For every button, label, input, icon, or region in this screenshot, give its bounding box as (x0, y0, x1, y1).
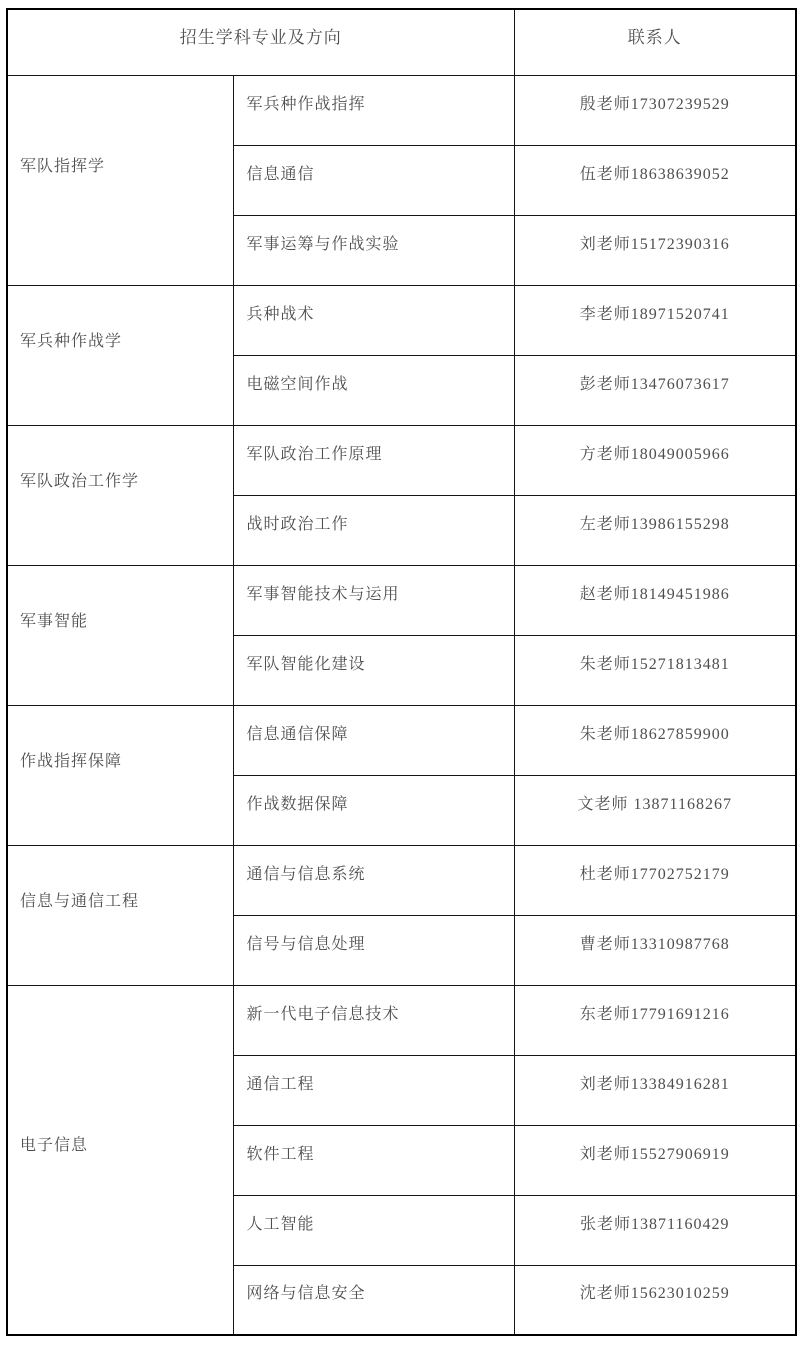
discipline-category-cell: 作战指挥保障 (7, 705, 233, 845)
specialty-direction-cell: 战时政治工作 (233, 495, 514, 565)
discipline-category-cell: 军队指挥学 (7, 75, 233, 285)
table-row: 作战指挥保障信息通信保障朱老师18627859900 (7, 705, 796, 775)
enrollment-contact-table: 招生学科专业及方向 联系人 军队指挥学军兵种作战指挥殷老师17307239529… (6, 8, 797, 1336)
table-row: 军事智能军事智能技术与运用赵老师18149451986 (7, 565, 796, 635)
contact-person-cell: 杜老师17702752179 (514, 845, 796, 915)
table-row: 信息与通信工程通信与信息系统杜老师17702752179 (7, 845, 796, 915)
specialty-direction-cell: 软件工程 (233, 1125, 514, 1195)
contact-person-cell: 朱老师15271813481 (514, 635, 796, 705)
contact-person-cell: 文老师 13871168267 (514, 775, 796, 845)
discipline-category-cell: 军队政治工作学 (7, 425, 233, 565)
discipline-category-cell: 军兵种作战学 (7, 285, 233, 425)
contact-person-cell: 赵老师18149451986 (514, 565, 796, 635)
specialty-direction-cell: 信号与信息处理 (233, 915, 514, 985)
contact-person-cell: 方老师18049005966 (514, 425, 796, 495)
specialty-direction-cell: 军队智能化建设 (233, 635, 514, 705)
contact-person-cell: 刘老师15172390316 (514, 215, 796, 285)
contact-person-cell: 刘老师15527906919 (514, 1125, 796, 1195)
contact-person-cell: 李老师18971520741 (514, 285, 796, 355)
specialty-direction-cell: 网络与信息安全 (233, 1265, 514, 1335)
table-row: 电子信息新一代电子信息技术东老师17791691216 (7, 985, 796, 1055)
contact-person-cell: 曹老师13310987768 (514, 915, 796, 985)
header-contact: 联系人 (514, 9, 796, 75)
contact-person-cell: 朱老师18627859900 (514, 705, 796, 775)
contact-person-cell: 张老师13871160429 (514, 1195, 796, 1265)
contact-person-cell: 左老师13986155298 (514, 495, 796, 565)
specialty-direction-cell: 军事智能技术与运用 (233, 565, 514, 635)
specialty-direction-cell: 通信工程 (233, 1055, 514, 1125)
contact-person-cell: 东老师17791691216 (514, 985, 796, 1055)
specialty-direction-cell: 电磁空间作战 (233, 355, 514, 425)
contact-person-cell: 刘老师13384916281 (514, 1055, 796, 1125)
specialty-direction-cell: 人工智能 (233, 1195, 514, 1265)
discipline-category-cell: 信息与通信工程 (7, 845, 233, 985)
contact-person-cell: 殷老师17307239529 (514, 75, 796, 145)
specialty-direction-cell: 信息通信保障 (233, 705, 514, 775)
specialty-direction-cell: 信息通信 (233, 145, 514, 215)
specialty-direction-cell: 通信与信息系统 (233, 845, 514, 915)
table-row: 军队指挥学军兵种作战指挥殷老师17307239529 (7, 75, 796, 145)
page: 招生学科专业及方向 联系人 军队指挥学军兵种作战指挥殷老师17307239529… (0, 0, 803, 1353)
specialty-direction-cell: 军事运筹与作战实验 (233, 215, 514, 285)
discipline-category-cell: 电子信息 (7, 985, 233, 1335)
table-header-row: 招生学科专业及方向 联系人 (7, 9, 796, 75)
header-discipline-direction: 招生学科专业及方向 (7, 9, 514, 75)
table-row: 军兵种作战学兵种战术李老师18971520741 (7, 285, 796, 355)
specialty-direction-cell: 军队政治工作原理 (233, 425, 514, 495)
specialty-direction-cell: 兵种战术 (233, 285, 514, 355)
contact-person-cell: 伍老师18638639052 (514, 145, 796, 215)
contact-person-cell: 沈老师15623010259 (514, 1265, 796, 1335)
specialty-direction-cell: 军兵种作战指挥 (233, 75, 514, 145)
specialty-direction-cell: 新一代电子信息技术 (233, 985, 514, 1055)
table-body: 军队指挥学军兵种作战指挥殷老师17307239529信息通信伍老师1863863… (7, 75, 796, 1335)
discipline-category-cell: 军事智能 (7, 565, 233, 705)
specialty-direction-cell: 作战数据保障 (233, 775, 514, 845)
table-row: 军队政治工作学军队政治工作原理方老师18049005966 (7, 425, 796, 495)
contact-person-cell: 彭老师13476073617 (514, 355, 796, 425)
